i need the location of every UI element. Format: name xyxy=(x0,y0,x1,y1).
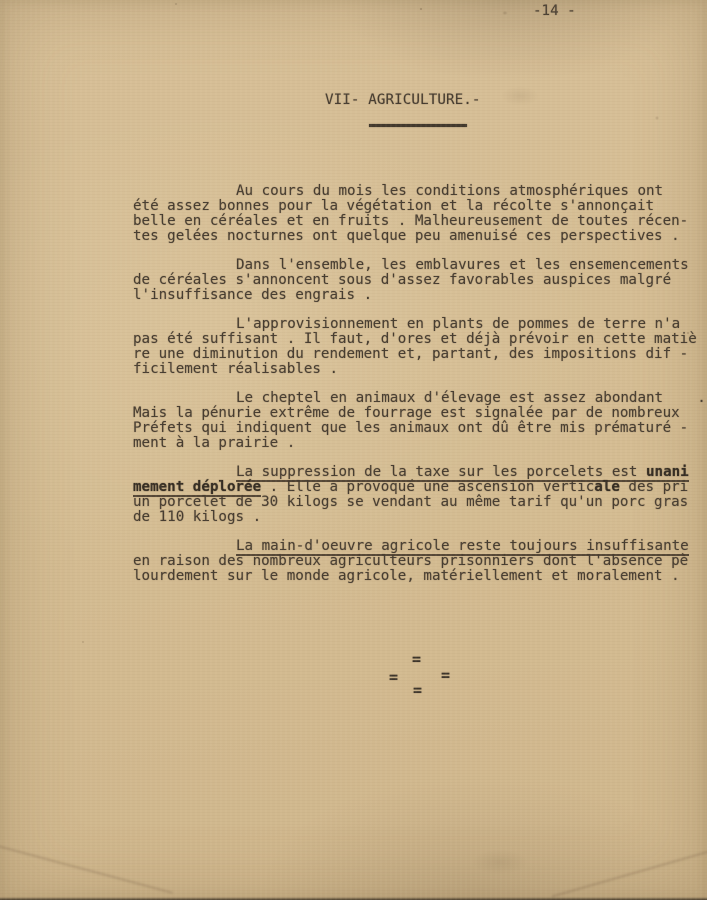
equals-mark: = xyxy=(441,669,450,681)
section-title: VII- AGRICULTURE.- xyxy=(325,93,481,108)
text-line: La main-d'oeuvre agricole reste toujours… xyxy=(133,539,707,554)
paragraph-sowing: Dans l'ensemble, les emblavures et les e… xyxy=(133,258,707,303)
text-line: de 110 kilogs . xyxy=(133,510,707,525)
text-line: en raison des nombreux agriculteurs pris… xyxy=(133,554,707,569)
text-line: re une diminution du rendement et, parta… xyxy=(133,347,707,362)
document-body: Au cours du mois les conditions atmosphé… xyxy=(133,184,707,598)
text-line: Mais la pénurie extrême de fourrage est … xyxy=(133,406,707,421)
page-number: -14 - xyxy=(533,4,576,19)
text-line: tes gelées nocturnes ont quelque peu ame… xyxy=(133,229,707,244)
scanned-document-page: -14 - VII- AGRICULTURE.- Au cours du moi… xyxy=(0,0,707,900)
text-line: Préfets qui indiquent que les animaux on… xyxy=(133,421,707,436)
text-line: l'insuffisance des engrais . xyxy=(133,288,707,303)
text-line: Le cheptel en animaux d'élevage est asse… xyxy=(133,391,707,406)
text-segment: . Elle a provoqué une ascension vertic xyxy=(261,479,594,495)
paragraph-piglet-tax: La suppression de la taxe sur les porcel… xyxy=(133,465,707,525)
paragraph-potatoes: L'approvisionnement en plants de pommes … xyxy=(133,317,707,377)
fold-crease xyxy=(0,840,173,894)
text-line: Au cours du mois les conditions atmosphé… xyxy=(133,184,707,199)
title-underline xyxy=(369,124,467,127)
text-line: L'approvisionnement en plants de pommes … xyxy=(133,317,707,332)
paragraph-labour: La main-d'oeuvre agricole reste toujours… xyxy=(133,539,707,584)
text-segment: des pri xyxy=(620,479,688,495)
bold-segment: ale xyxy=(594,479,620,495)
text-line: été assez bonnes pour la végétation et l… xyxy=(133,199,707,214)
text-line: ficilement réalisables . xyxy=(133,362,707,377)
equals-mark: = xyxy=(413,684,422,696)
text-line: Dans l'ensemble, les emblavures et les e… xyxy=(133,258,707,273)
text-line: lourdement sur le monde agricole, matéri… xyxy=(133,569,707,584)
paragraph-livestock: Le cheptel en animaux d'élevage est asse… xyxy=(133,391,707,451)
text-line: La suppression de la taxe sur les porcel… xyxy=(133,465,707,480)
text-line: un porcelet de 30 kilogs se vendant au m… xyxy=(133,495,707,510)
paragraph-weather: Au cours du mois les conditions atmosphé… xyxy=(133,184,707,244)
text-line: de céréales s'annoncent sous d'assez fav… xyxy=(133,273,707,288)
text-line: mement déplorée . Elle a provoqué une as… xyxy=(133,480,707,495)
text-line: belle en céréales et en fruits . Malheur… xyxy=(133,214,707,229)
equals-mark: = xyxy=(412,653,421,665)
equals-mark: = xyxy=(389,671,398,683)
fold-crease xyxy=(552,840,707,897)
text-line: ment à la prairie . xyxy=(133,436,707,451)
text-line: pas été suffisant . Il faut, d'ores et d… xyxy=(133,332,707,347)
